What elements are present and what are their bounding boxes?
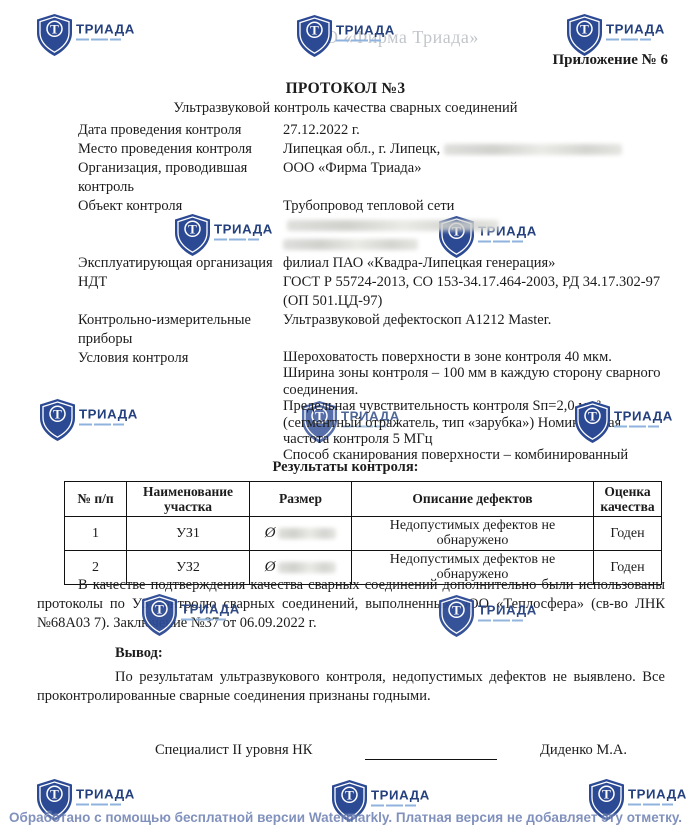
shield-icon bbox=[332, 780, 367, 822]
t-circle bbox=[47, 21, 62, 36]
protocol-title: ПРОТОКОЛ №3 bbox=[0, 80, 691, 98]
triada-logo-graphic: T ТРИАДА bbox=[330, 779, 430, 825]
ghost-company-text: ООО «Фирма Триада» bbox=[298, 27, 479, 48]
t-circle bbox=[50, 406, 65, 421]
cell-defects: Недопустимых дефектов не обнаружено bbox=[352, 517, 594, 551]
t-letter-icon: T bbox=[602, 787, 611, 802]
field-label-organization: Организация, проводившая контроль bbox=[78, 159, 283, 197]
redacted-text bbox=[278, 562, 336, 573]
cell-grade: Годен bbox=[594, 517, 662, 551]
logo-wordmark: ТРИАДА bbox=[76, 787, 135, 802]
confirmation-paragraph: В качестве подтверждения качества сварны… bbox=[37, 576, 665, 633]
logo-tagline bbox=[76, 804, 121, 806]
field-value-conditions: Шероховатость поверхности в зоне контрол… bbox=[283, 349, 666, 464]
logo-tagline bbox=[371, 805, 416, 807]
logo-wordmark: ТРИАДА bbox=[606, 22, 665, 37]
watermarkly-footer-text: Обработано с помощью бесплатной версии W… bbox=[0, 810, 691, 825]
table-header-row: № п/п Наименование участка Размер Описан… bbox=[65, 482, 662, 517]
field-value-date: 27.12.2022 г. bbox=[283, 121, 666, 140]
results-heading: Результаты контроля: bbox=[0, 459, 691, 476]
field-value-ndt: ГОСТ Р 55724-2013, СО 153-34.17.464-2003… bbox=[283, 273, 666, 311]
logo-tagline bbox=[628, 804, 673, 806]
logo-tagline bbox=[336, 40, 381, 42]
shield-inner-border bbox=[40, 17, 69, 52]
shield-icon bbox=[297, 15, 332, 57]
header-cell-num: № п/п bbox=[65, 482, 127, 517]
field-label-ndt: НДТ bbox=[78, 273, 283, 311]
header-cell-section: Наименование участка bbox=[127, 482, 250, 517]
redacted-text bbox=[278, 528, 336, 539]
logo-wordmark: ТРИАДА bbox=[371, 788, 430, 803]
t-circle bbox=[47, 786, 62, 801]
conditions-line-1: Шероховатость поверхности в зоне контрол… bbox=[283, 349, 666, 398]
logo-wordmark: ТРИАДА bbox=[76, 22, 135, 37]
cell-size: Ø bbox=[250, 517, 352, 551]
triada-logo: T ТРИАДА bbox=[35, 778, 135, 824]
signature-line bbox=[365, 744, 497, 760]
triada-logo: T ТРИАДА bbox=[295, 14, 395, 60]
field-label-instruments: Контрольно-измерительные приборы bbox=[78, 311, 283, 349]
signature-role: Специалист II уровня НК bbox=[155, 742, 312, 759]
field-value-organization: ООО «Фирма Триада» bbox=[283, 159, 666, 197]
field-label-object: Объект контроля bbox=[78, 197, 283, 254]
diameter-symbol: Ø bbox=[265, 525, 276, 541]
triada-logo: T ТРИАДА bbox=[35, 13, 135, 59]
t-letter-icon: T bbox=[310, 23, 319, 38]
shield-inner-border bbox=[300, 18, 329, 53]
field-label-conditions: Условия контроля bbox=[78, 349, 283, 464]
logo-wordmark: ТРИАДА bbox=[628, 787, 687, 802]
header-cell-defects: Описание дефектов bbox=[352, 482, 594, 517]
field-label-place: Место проведения контроля bbox=[78, 140, 283, 159]
diameter-symbol: Ø bbox=[265, 559, 276, 575]
header-cell-size: Размер bbox=[250, 482, 352, 517]
shield-icon bbox=[589, 779, 624, 821]
protocol-document-page: ООО «Фирма Триада» Обработано с помощью … bbox=[0, 0, 691, 838]
redacted-text bbox=[287, 220, 499, 231]
field-value-operator: филиал ПАО «Квадра-Липецкая генерация» bbox=[283, 254, 666, 273]
t-circle bbox=[342, 787, 357, 802]
conclusion-heading: Вывод: bbox=[115, 645, 163, 662]
t-circle bbox=[577, 21, 592, 36]
triada-logo-graphic: T ТРИАДА bbox=[587, 778, 687, 824]
object-text: Трубопровод тепловой сети bbox=[283, 198, 454, 214]
place-text: Липецкая обл., г. Липецк, bbox=[283, 141, 440, 157]
shield-icon bbox=[37, 14, 72, 56]
shield-inner-border bbox=[335, 783, 364, 818]
triada-logo: T ТРИАДА bbox=[330, 779, 430, 825]
field-value-instruments: Ультразвуковой дефектоскоп А1212 Master. bbox=[283, 311, 666, 349]
triada-logo-graphic: T ТРИАДА bbox=[35, 13, 135, 59]
protocol-subtitle: Ультразвуковой контроль качества сварных… bbox=[0, 100, 691, 117]
signature-block: Специалист II уровня НК Диденко М.А. bbox=[0, 742, 691, 762]
cell-section: УЗ1 bbox=[127, 517, 250, 551]
triada-logo: T ТРИАДА bbox=[587, 778, 687, 824]
logo-wordmark: ТРИАДА bbox=[336, 23, 395, 38]
field-label-date: Дата проведения контроля bbox=[78, 121, 283, 140]
logo-tagline bbox=[76, 39, 121, 41]
results-table: № п/п Наименование участка Размер Описан… bbox=[64, 481, 662, 585]
appendix-note: Приложение № 6 bbox=[552, 52, 668, 69]
shield-icon bbox=[37, 779, 72, 821]
triada-logo-graphic: T ТРИАДА bbox=[35, 778, 135, 824]
t-letter-icon: T bbox=[580, 22, 589, 37]
t-letter-icon: T bbox=[50, 787, 59, 802]
conditions-line-2: Предельная чувствительность контроля Sп=… bbox=[283, 398, 666, 447]
conclusion-paragraph: По результатам ультразвукового контроля,… bbox=[37, 668, 665, 706]
shield-inner-border bbox=[592, 782, 621, 817]
shield-icon bbox=[567, 14, 602, 56]
shield-inner-border bbox=[43, 402, 72, 437]
results-table-wrap: № п/п Наименование участка Размер Описан… bbox=[64, 481, 662, 585]
logo-tagline bbox=[606, 39, 651, 41]
shield-inner-border bbox=[40, 782, 69, 817]
redacted-text bbox=[444, 144, 622, 155]
protocol-fields: Дата проведения контроля 27.12.2022 г. М… bbox=[78, 121, 666, 464]
cell-num: 1 bbox=[65, 517, 127, 551]
redacted-text bbox=[283, 239, 418, 250]
field-value-place: Липецкая обл., г. Липецк, bbox=[283, 140, 666, 159]
t-circle bbox=[307, 22, 322, 37]
t-letter-icon: T bbox=[53, 407, 62, 422]
shield-icon bbox=[40, 399, 75, 441]
shield-inner-border bbox=[570, 17, 599, 52]
table-row: 1 УЗ1 Ø Недопустимых дефектов не обнаруж… bbox=[65, 517, 662, 551]
t-letter-icon: T bbox=[345, 788, 354, 803]
triada-logo-graphic: T ТРИАДА bbox=[295, 14, 395, 60]
t-letter-icon: T bbox=[50, 22, 59, 37]
header-cell-grade: Оценка качества bbox=[594, 482, 662, 517]
field-label-operator: Эксплуатирующая организация bbox=[78, 254, 283, 273]
t-circle bbox=[599, 786, 614, 801]
field-value-object: Трубопровод тепловой сети bbox=[283, 197, 666, 254]
defects-text: Недопустимых дефектов не обнаружено bbox=[383, 518, 563, 548]
signature-name: Диденко М.А. bbox=[540, 742, 627, 759]
